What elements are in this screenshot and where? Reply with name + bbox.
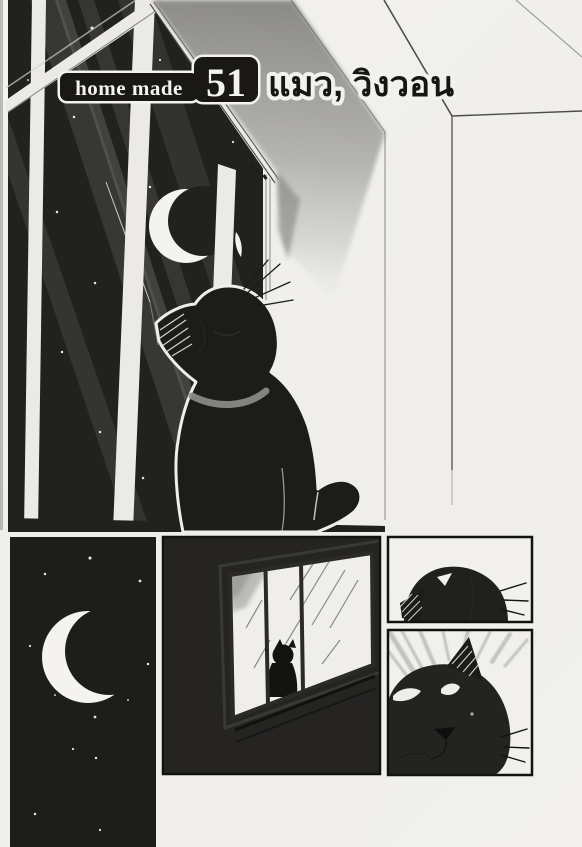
star [95,757,98,760]
cat-silhouette [156,286,361,532]
panel-night-sky [10,537,156,847]
panel-cat-head-back [388,537,532,622]
episode-title-text: แมว, วิงวอน [268,65,454,104]
star [27,79,29,81]
ceiling-line-right [452,111,582,116]
star [232,141,234,143]
fur-highlight-dot [470,712,473,715]
scan-edge-artifact [0,0,3,530]
star [44,573,47,576]
star [88,556,91,559]
star [127,699,129,701]
star [61,351,64,354]
star [94,716,97,719]
series-label: home made [75,76,183,100]
star [73,116,76,119]
star [94,282,97,285]
star [29,645,31,647]
star [99,829,101,831]
star [72,748,74,750]
star [54,694,56,696]
panel-window-exterior [163,537,381,774]
star [159,59,161,61]
manga-page: home made 51 แมว, วิงวอน แมว, วิงวอน [0,0,582,847]
star [99,431,102,434]
page-canvas: home made 51 แมว, วิงวอน แมว, วิงวอน [0,0,582,847]
star [34,813,37,816]
star [142,477,145,480]
episode-title: แมว, วิงวอน แมว, วิงวอน [268,65,454,104]
star [149,186,152,189]
star [139,580,142,583]
star [56,211,59,214]
corner-diagonal-top-right [516,0,582,57]
panel-cat-face-closeup [388,630,532,775]
star [147,663,150,666]
chapter-number: 51 [206,60,246,105]
